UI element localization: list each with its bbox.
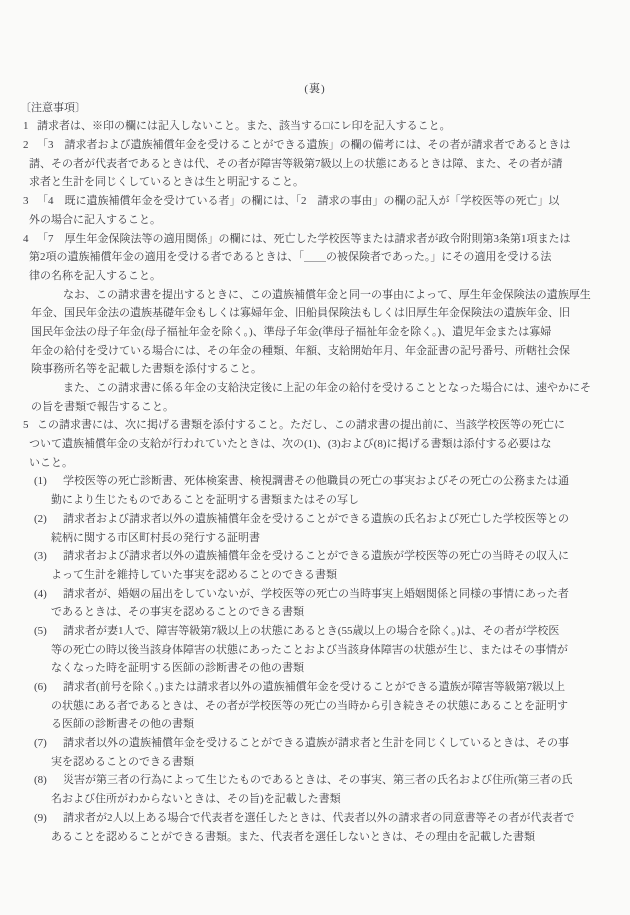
notes-list: 1請求者は、※印の欄には記入しないこと。また、該当する□にレ印を記入すること。2… (20, 117, 610, 846)
item-number: (7) (34, 734, 63, 753)
notes-heading: 〔注意事項〕 (20, 99, 610, 118)
note-cont-line: 第2項の遺族補償年金の適用を受ける者であるときは、「＿＿の被保険者であった。」に… (20, 248, 610, 267)
note-sub-cont-line: であるときは、その事実を認めることのできる書類 (20, 603, 610, 622)
note-sub-item-line: (5)請求者が妻1人で、障害等級第7級以上の状態にあるとき(55歳以上の場合を除… (20, 622, 610, 641)
item-number: (1) (34, 472, 63, 491)
item-text: 学校医等の死亡診断書、死体検案書、検視調書その他職員の死亡の事実およびその死亡の… (63, 475, 569, 487)
note-sub-cont-line: よって生計を維持していた事実を認めることのできる書類 (20, 566, 610, 585)
item-text: 災害が第三者の行為によって生じたものであるときは、その事実、第三者の氏名および住… (63, 774, 573, 786)
item-number: (9) (34, 809, 63, 828)
note-sub-cont-line: 等の死亡の時以後当該身体障害の状態にあったことおよび当該身体障害の状態が生じ、ま… (20, 641, 610, 660)
item-number: (2) (34, 510, 63, 529)
item-number: (4) (34, 585, 63, 604)
item-text: 請求者および請求者以外の遺族補償年金を受けることができる遺族の氏名および死亡した… (63, 513, 569, 525)
note-item-line: 1請求者は、※印の欄には記入しないこと。また、該当する□にレ印を記入すること。 (20, 117, 610, 136)
note-cont-line: 求者と生計を同じくしているときは生と明記すること。 (20, 173, 610, 192)
document-page: (裏) 〔注意事項〕 1請求者は、※印の欄には記入しないこと。また、該当する□に… (0, 0, 630, 915)
item-number: 1 (23, 117, 37, 136)
note-sub-cont-line: 実を認めることのできる書類 (20, 753, 610, 772)
note-paragraph-cont-line: 年金の給付を受けている場合には、その年金の種類、年額、支給開始年月、年金証書の記… (20, 342, 610, 361)
note-paragraph-cont-line: の旨を書類で報告すること。 (20, 398, 610, 417)
item-text: 請求者が2人以上ある場合で代表者を選任したときは、代表者以外の請求者の同意書等そ… (63, 812, 575, 824)
note-sub-item-line: (3)請求者および請求者以外の遺族補償年金を受けることができる遺族が学校医等の死… (20, 547, 610, 566)
note-sub-cont-line: なくなった時を証明する医師の診断書その他の書類 (20, 659, 610, 678)
note-sub-item-line: (1)学校医等の死亡診断書、死体検案書、検視調書その他職員の死亡の事実およびその… (20, 472, 610, 491)
item-number: (3) (34, 547, 63, 566)
page-side-label: (裏) (20, 80, 610, 99)
note-item-line: 2「3 請求者および遺族補償年金を受けることができる遺族」の欄の備考には、その者… (20, 136, 610, 155)
note-cont-line: 外の場合に記入すること。 (20, 211, 610, 230)
note-item-line: 4「7 厚生年金保険法等の適用関係」の欄には、死亡した学校医等または請求者が政令… (20, 230, 610, 249)
item-text: 「7 厚生年金保険法等の適用関係」の欄には、死亡した学校医等または請求者が政令附… (37, 233, 571, 245)
note-paragraph-cont-line: 年金、国民年金法の遺族基礎年金もしくは寡婦年金、旧船員保険法もしくは旧厚生年金保… (20, 304, 610, 323)
item-number: (6) (34, 678, 63, 697)
note-item-line: 5この請求書には、次に掲げる書類を添付すること。ただし、この請求書の提出前に、当… (20, 416, 610, 435)
item-text: 請求者が、婚姻の届出をしていないが、学校医等の死亡の当時事実上婚姻関係と同様の事… (63, 588, 569, 600)
note-sub-cont-line: あることを認めることができる書類。また、代表者を選任しないときは、その理由を記載… (20, 828, 610, 847)
note-cont-line: 律の名称を記入すること。 (20, 267, 610, 286)
note-paragraph-cont-line: 国民年金法の母子年金(母子福祉年金を除く。)、準母子年金(準母子福祉年金を除く。… (20, 323, 610, 342)
item-number: 5 (23, 416, 37, 435)
note-paragraph-line: また、この請求書に係る年金の支給決定後に上記の年金の給付を受けることとなった場合… (20, 379, 610, 398)
item-text: 「4 既に遺族補償年金を受けている者」の欄には、「2 請求の事由」の欄の記入が「… (37, 195, 560, 207)
item-number: 4 (23, 230, 37, 249)
item-text: 請求者以外の遺族補償年金を受けることができる遺族が請求者と生計を同じくしていると… (63, 737, 569, 749)
item-text: この請求書には、次に掲げる書類を添付すること。ただし、この請求書の提出前に、当該… (37, 419, 565, 431)
item-text: 「3 請求者および遺族補償年金を受けることができる遺族」の欄の備考には、その者が… (37, 139, 571, 151)
note-cont-line: 請、その者が代表者であるときは代、その者が障害等級第7級以上の状態にあるときは障… (20, 155, 610, 174)
note-sub-item-line: (4)請求者が、婚姻の届出をしていないが、学校医等の死亡の当時事実上婚姻関係と同… (20, 585, 610, 604)
note-cont-line: いこと。 (20, 454, 610, 473)
note-sub-cont-line: の状態にある者であるときは、その者が学校医等の死亡の当時から引き続きその状態にあ… (20, 697, 610, 716)
note-sub-item-line: (8)災害が第三者の行為によって生じたものであるときは、その事実、第三者の氏名お… (20, 771, 610, 790)
item-text: 請求者は、※印の欄には記入しないこと。また、該当する□にレ印を記入すること。 (37, 120, 451, 132)
item-number: (8) (34, 771, 63, 790)
note-item-line: 3「4 既に遺族補償年金を受けている者」の欄には、「2 請求の事由」の欄の記入が… (20, 192, 610, 211)
note-sub-cont-line: る医師の診断書その他の書類 (20, 715, 610, 734)
note-sub-item-line: (7)請求者以外の遺族補償年金を受けることができる遺族が請求者と生計を同じくして… (20, 734, 610, 753)
item-number: 3 (23, 192, 37, 211)
note-sub-item-line: (2)請求者および請求者以外の遺族補償年金を受けることができる遺族の氏名および死… (20, 510, 610, 529)
note-cont-line: ついて遺族補償年金の支給が行われていたときは、次の(1)、(3)および(8)に掲… (20, 435, 610, 454)
note-sub-item-line: (9)請求者が2人以上ある場合で代表者を選任したときは、代表者以外の請求者の同意… (20, 809, 610, 828)
item-text: 請求者(前号を除く。)または請求者以外の遺族補償年金を受けることができる遺族が障… (63, 681, 565, 693)
note-sub-cont-line: 名および住所がわからないときは、その旨)を記載した書類 (20, 790, 610, 809)
item-number: 2 (23, 136, 37, 155)
note-paragraph-line: なお、この請求書を提出するときに、この遺族補償年金と同一の事由によって、厚生年金… (20, 286, 610, 305)
note-sub-item-line: (6)請求者(前号を除く。)または請求者以外の遺族補償年金を受けることができる遺… (20, 678, 610, 697)
item-number: (5) (34, 622, 63, 641)
note-sub-cont-line: 勤により生じたものであることを証明する書類またはその写し (20, 491, 610, 510)
item-text: 請求者が妻1人で、障害等級第7級以上の状態にあるとき(55歳以上の場合を除く。)… (63, 625, 559, 637)
item-text: 請求者および請求者以外の遺族補償年金を受けることができる遺族が学校医等の死亡の当… (63, 550, 569, 562)
note-paragraph-cont-line: 険事務所名等を記載した書類を添付すること。 (20, 360, 610, 379)
note-sub-cont-line: 続柄に関する市区町村長の発行する証明書 (20, 529, 610, 548)
